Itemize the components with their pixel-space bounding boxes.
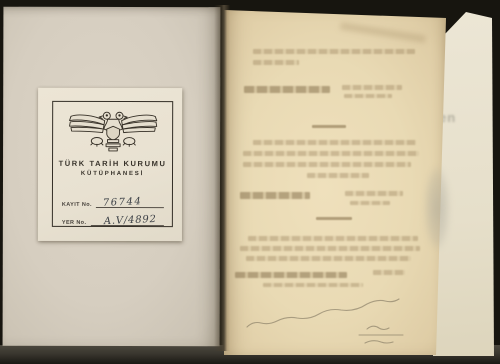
showthrough-line	[344, 94, 392, 98]
bookplate-institution: TÜRK TARİH KURUMU	[59, 159, 167, 168]
showthrough-line	[253, 49, 415, 54]
showthrough-line	[244, 86, 330, 93]
showthrough-line	[307, 173, 369, 178]
bookplate-fields: KAYIT No. 76744 YER No. A.V/4892	[53, 190, 172, 226]
showthrough-stamp-blob	[424, 166, 450, 250]
showthrough-line	[235, 272, 347, 278]
gutter-shadow	[214, 5, 230, 351]
field-label: KAYIT No.	[62, 202, 92, 208]
pencil-inscription	[239, 293, 439, 351]
field-value-handwritten: 76744	[103, 196, 143, 209]
showthrough-divider	[316, 217, 352, 220]
showthrough-divider	[312, 125, 346, 128]
showthrough-line	[240, 192, 310, 199]
open-book-scan: en	[0, 0, 500, 364]
field-value-handwritten: A.V/4892	[103, 214, 156, 227]
showthrough-line	[373, 270, 405, 275]
double-headed-eagle-icon	[65, 108, 161, 153]
showthrough-line	[240, 246, 420, 251]
library-bookplate: TÜRK TARİH KURUMU KÜTÜPHANESİ KAYIT No. …	[38, 88, 182, 241]
showthrough-line	[246, 256, 411, 261]
showthrough-line	[263, 283, 363, 287]
field-rule: 76744	[96, 196, 164, 208]
showthrough-line	[248, 236, 418, 241]
bookplate-frame: TÜRK TARİH KURUMU KÜTÜPHANESİ KAYIT No. …	[52, 101, 173, 227]
showthrough-line	[243, 151, 419, 156]
field-row-yer: YER No. A.V/4892	[62, 214, 164, 226]
field-row-kayit: KAYIT No. 76744	[62, 196, 164, 208]
showthrough-line	[345, 191, 403, 196]
showthrough-line	[342, 85, 402, 90]
bookplate-department: KÜTÜPHANESİ	[81, 171, 144, 177]
left-endpaper-page: TÜRK TARİH KURUMU KÜTÜPHANESİ KAYIT No. …	[3, 7, 221, 347]
showthrough-line	[253, 60, 299, 65]
field-rule: A.V/4892	[90, 214, 164, 226]
showthrough-line	[243, 162, 411, 167]
showthrough-line	[350, 201, 390, 205]
right-page	[224, 9, 446, 355]
page-crease-shadow	[340, 22, 426, 42]
field-label: YER No.	[62, 220, 87, 226]
showthrough-line	[253, 140, 416, 145]
